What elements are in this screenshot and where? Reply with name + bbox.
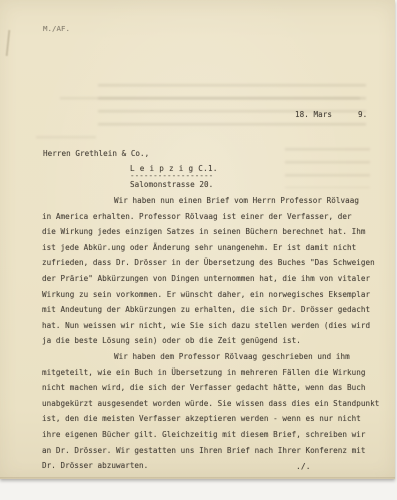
scan-background: { "colors": { "paper": "#ece3c7", "ink":… <box>0 0 397 500</box>
ink-bleedthrough <box>285 148 370 188</box>
recipient-city-underline: ------------------ <box>130 171 213 180</box>
date-year-digit: 9. <box>358 110 367 119</box>
paper-crease <box>6 30 11 56</box>
letter-line: Wir haben nun einen Brief vom Herrn Prof… <box>42 193 384 209</box>
letter-line: ist jede Abkür.ung oder Änderung sehr un… <box>42 240 384 256</box>
letter-line: Wir haben dem Professor Rölvaag geschrie… <box>42 349 384 365</box>
letter-line: an Dr. Drösser. Wir gestatten uns Ihren … <box>42 443 384 459</box>
ink-bleedthrough <box>60 97 360 110</box>
recipient-street: Salomonstrasse 20. <box>130 180 213 189</box>
letter-line: mitgeteilt, wie ein Buch in Übersetzung … <box>42 365 384 381</box>
letter-line: ja die beste Lösung sein) oder ob die Ze… <box>42 333 384 349</box>
letter-line: hat. Nun weissen wir nicht, wie Sie sich… <box>42 318 384 334</box>
letter-line: Dr. Drösser abzuwarten. <box>42 458 384 474</box>
date-day-month: 18. Mars <box>295 110 332 119</box>
letter-line: in America erhalten. Professor Rölvaag i… <box>42 209 384 225</box>
typist-reference: M./AF. <box>43 24 70 33</box>
letter-line: ist, den die meisten Verfasser akzeptier… <box>42 411 384 427</box>
continuation-mark: ./. <box>296 462 311 471</box>
paper-bottom-edge <box>0 477 395 480</box>
letter-line: die Wirkung jedes einzigen Satzes in sei… <box>42 224 384 240</box>
letter-line: der Prärie" Abkürzungen von Dingen unter… <box>42 271 384 287</box>
letter-line: Wirkung zu sein vorkommen. Er wünscht da… <box>42 287 384 303</box>
letter-line: nicht machen wird, die sich der Verfasse… <box>42 380 384 396</box>
letter-sheet: M./AF. 18. Mars 9. Herren Grethlein & Co… <box>0 0 395 479</box>
letter-line: unabgekürzt ausgesendet worden würde. Si… <box>42 396 384 412</box>
letter-line: zufrieden, dass Dr. Drösser in der Übers… <box>42 255 384 271</box>
letter-line: mit Andeutung der Abkürzungen zu erhalte… <box>42 302 384 318</box>
recipient-name: Herren Grethlein & Co., <box>43 149 149 158</box>
letter-line: ihre eigenen Bücher gilt. Gleichzeitig m… <box>42 427 384 443</box>
ink-bleedthrough <box>36 136 96 148</box>
letter-body: Wir haben nun einen Brief vom Herrn Prof… <box>42 193 384 474</box>
